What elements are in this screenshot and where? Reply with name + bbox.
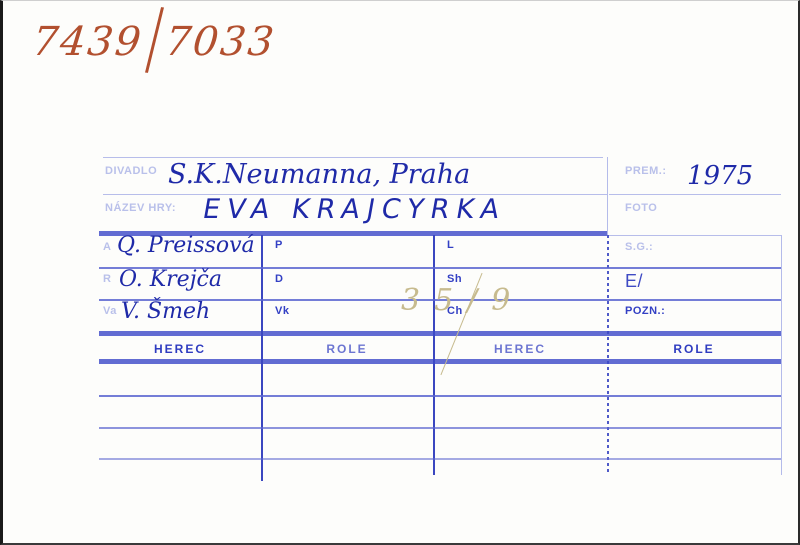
cast-header-actor-2: HEREC (433, 339, 607, 359)
inventory-number: 74397033 (30, 7, 280, 73)
cast-header-top-rule (99, 331, 781, 336)
d-label: D (275, 273, 283, 285)
l-label: L (447, 239, 454, 251)
cast-row-rule (99, 458, 781, 460)
cast-row-rule (99, 427, 781, 429)
p-label: P (275, 239, 283, 251)
cast-row-rule (99, 395, 781, 397)
cast-header-role-2: ROLE (607, 339, 781, 359)
scanned-card: 74397033 DIVADLO S.K.Neumanna, Praha NÁZ… (0, 0, 800, 545)
pencil-annotation: 35/9 (401, 283, 524, 318)
cast-header-actor-1: HEREC (99, 339, 261, 359)
theater-value: S.K.Neumanna, Praha (168, 159, 470, 190)
author-value: Q. Preissová (117, 233, 255, 258)
director-label: R (103, 273, 111, 285)
play-value: EVA KRAJCYRKA (200, 194, 508, 225)
top-rule (103, 157, 603, 158)
author-label: A (103, 241, 111, 253)
play-label: NÁZEV HRY: (105, 202, 176, 214)
sg-label: S.G.: (625, 241, 653, 253)
theater-label: DIVADLO (105, 165, 157, 177)
designer-value: V. Šmeh (121, 299, 210, 324)
inventory-number-primary: 7439 (30, 19, 145, 65)
premiere-value: 1975 (687, 161, 753, 191)
credits-col1-divider (261, 235, 263, 331)
director-value: O. Krejča (119, 267, 222, 292)
header-divider (607, 157, 608, 237)
premiere-rule (609, 194, 781, 195)
cast-header-bottom-rule (99, 359, 781, 364)
vk-label: Vk (275, 305, 289, 317)
e-label: E/ (625, 271, 643, 292)
note-label: POZN.: (625, 305, 665, 317)
cast-header-role-1: ROLE (261, 339, 433, 359)
premiere-label: PREM.: (625, 165, 667, 177)
designer-label: Va (103, 305, 117, 317)
photo-rule (609, 235, 781, 236)
inventory-number-secondary: 7033 (163, 19, 278, 65)
number-separator (145, 7, 164, 73)
pencil-annotation-text: 35/9 (401, 283, 524, 318)
card-right-border (781, 235, 782, 475)
photo-label: FOTO (625, 202, 657, 214)
